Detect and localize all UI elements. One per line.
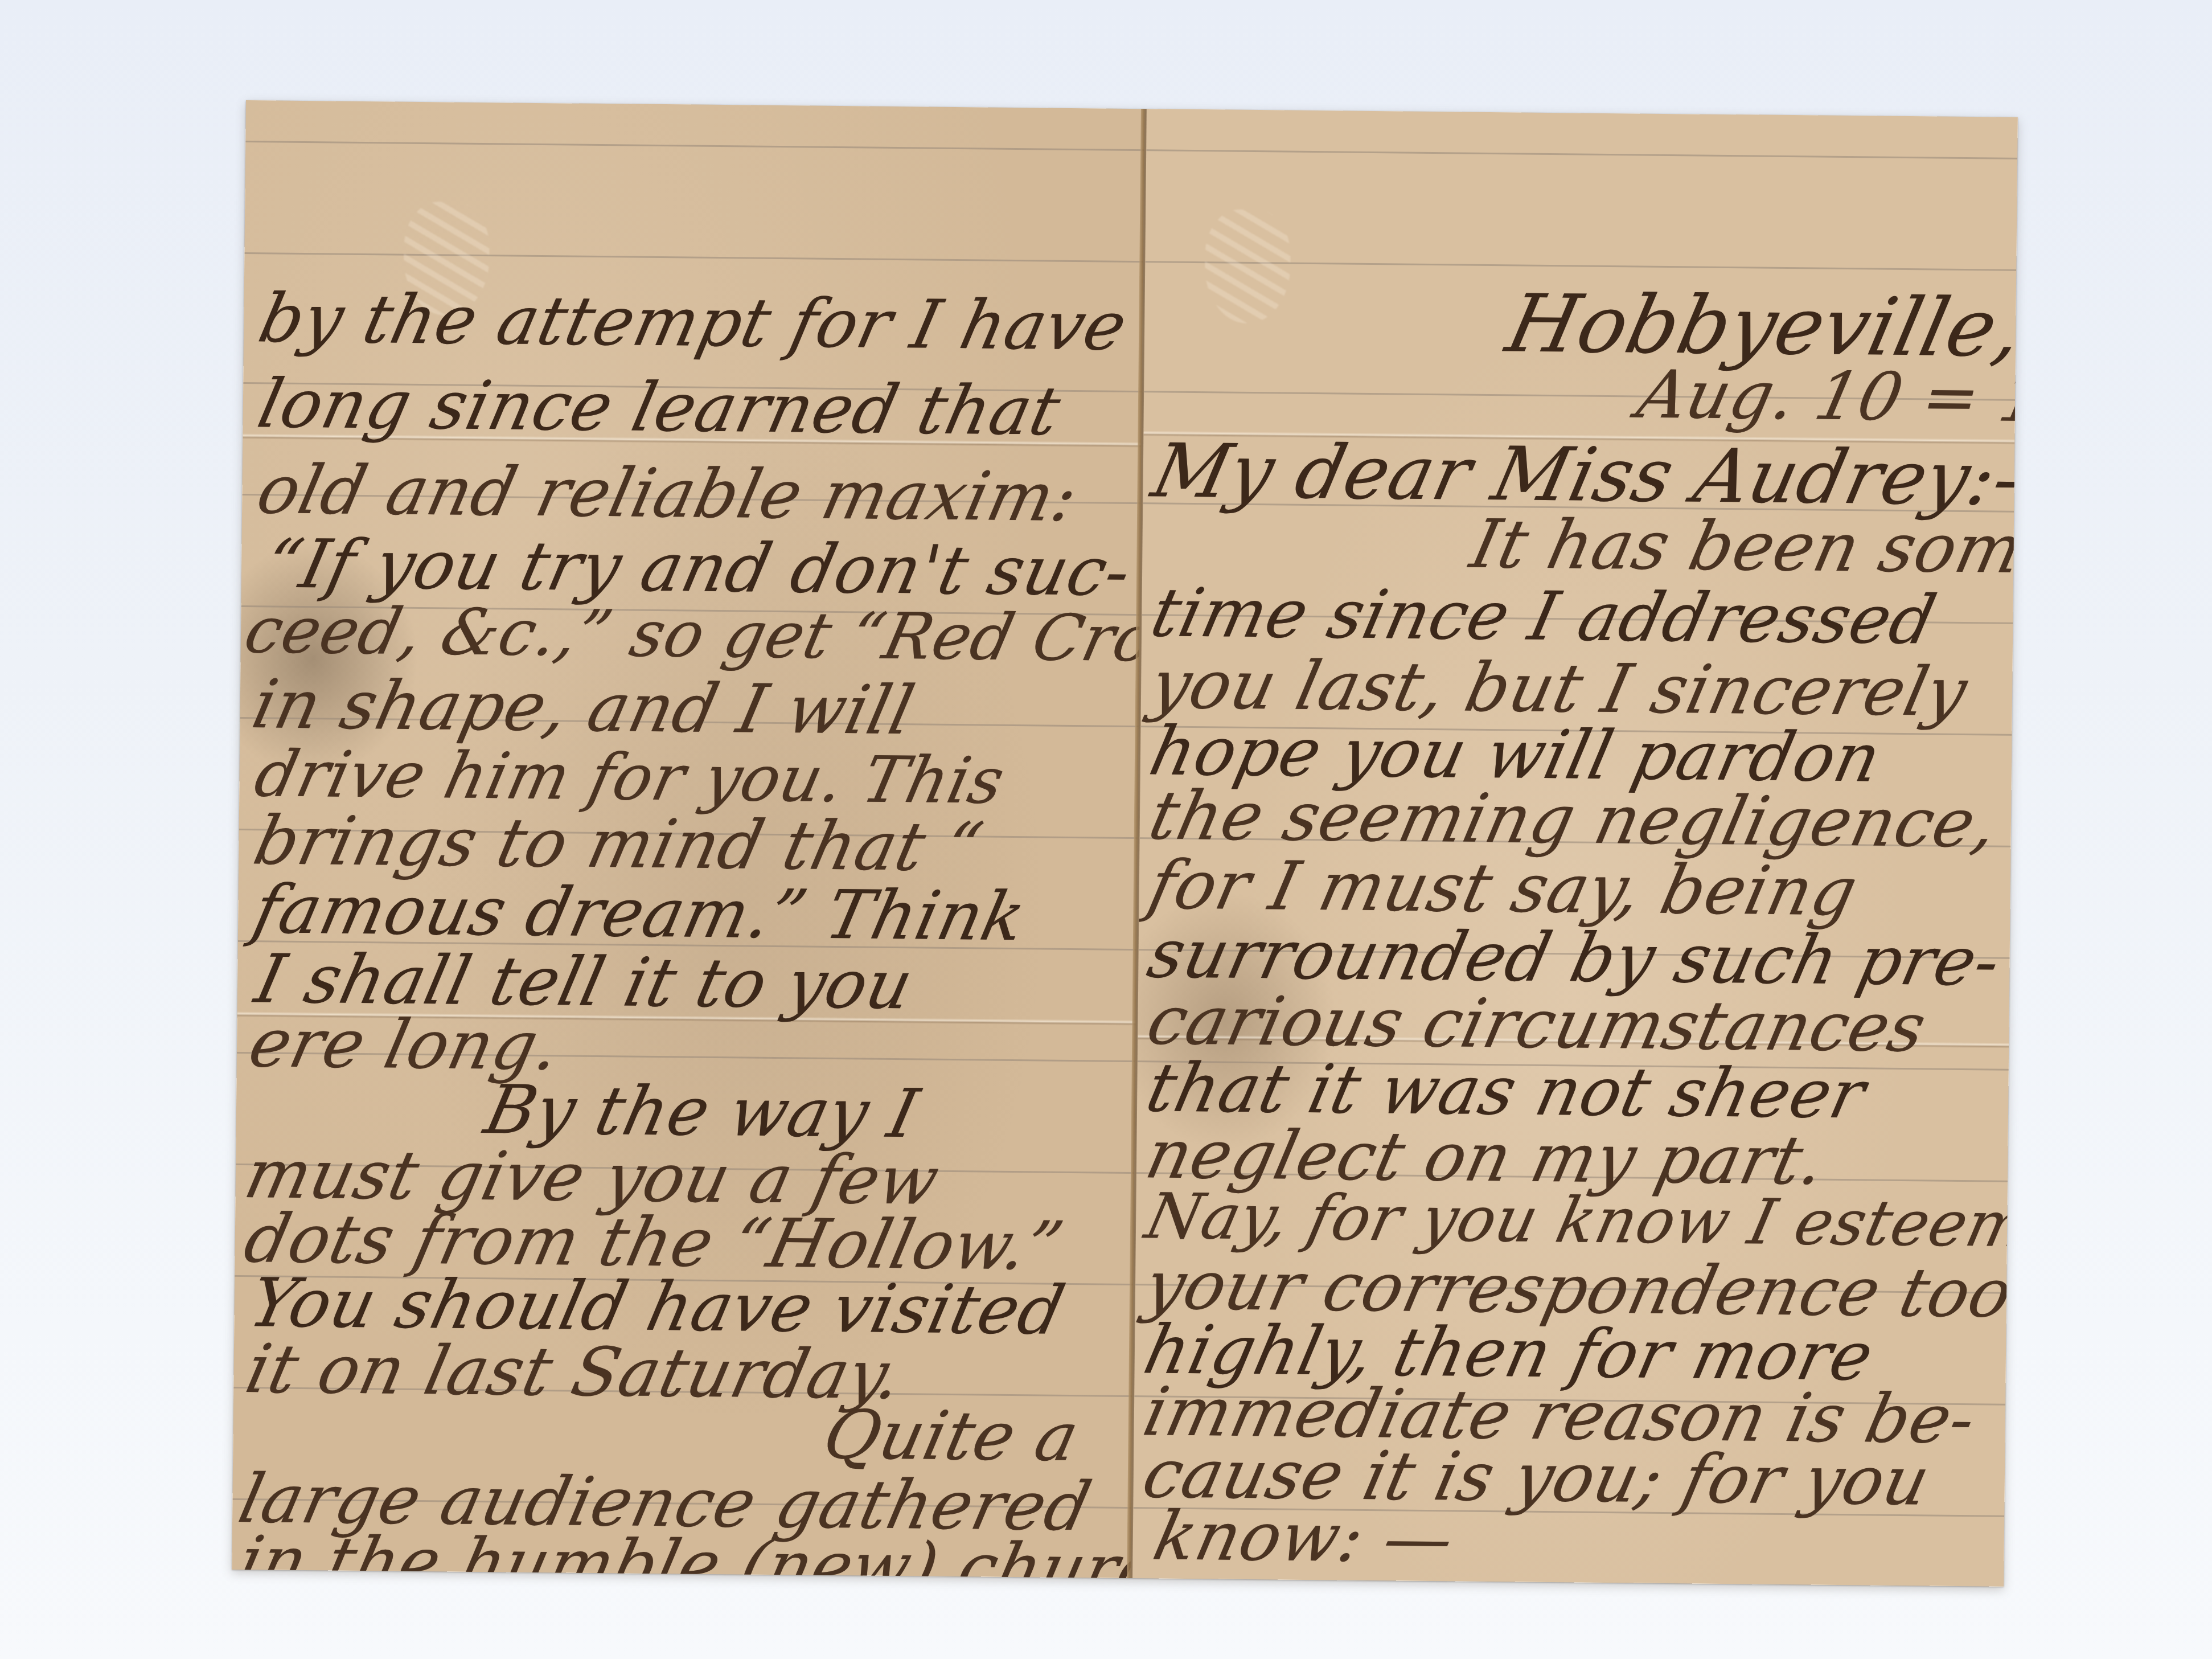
letter-line: it on last Saturday. xyxy=(241,1335,908,1408)
letter-line: long since learned that xyxy=(253,370,1066,445)
letter-line: by the attempt for I have xyxy=(253,284,1133,359)
letter-line: time since I addressed xyxy=(1146,579,1942,654)
right-page: Hobbyeville, S.C. Aug. 10 = 1894. My dea… xyxy=(1132,109,2018,1587)
photo-scene: by the attempt for I have long since lea… xyxy=(0,0,2212,1659)
letter-line: ceed, &c.,” so get “Red Cross” xyxy=(240,599,1144,673)
right-page-text: Hobbyeville, S.C. Aug. 10 = 1894. My dea… xyxy=(1132,109,2018,1587)
letter-line: “If you try and don't suc- xyxy=(260,530,1137,605)
letter-line: brings to mind that “ xyxy=(248,806,988,880)
letter-line: know: — xyxy=(1148,1502,1460,1572)
letter-date: Aug. 10 = 1894. xyxy=(1632,362,2018,433)
letter-line: in shape, and I will xyxy=(247,670,920,744)
letter-line: old and reliable maxim: xyxy=(252,456,1084,531)
letter-line: Nay, for you know I esteem xyxy=(1140,1185,2018,1256)
letter-line: ere long. xyxy=(244,1009,567,1079)
letter-line: in the humble (new) church xyxy=(233,1527,1144,1578)
letter-line: the seeming negligence, xyxy=(1144,782,2004,857)
letter-line: for I must say, being xyxy=(1143,851,1864,925)
left-page-text: by the attempt for I have long since lea… xyxy=(232,100,1144,1578)
letter-line: Quite a xyxy=(818,1401,1085,1470)
letter-salutation: My dear Miss Audrey:- xyxy=(1146,433,2017,515)
left-page: by the attempt for I have long since lea… xyxy=(232,100,1144,1578)
letter-line: By the way I xyxy=(479,1076,925,1147)
letter-sheet: by the attempt for I have long since lea… xyxy=(232,100,2018,1587)
letter-line: It has been some xyxy=(1466,510,2018,583)
letter-line: famous dream.” Think xyxy=(248,876,1031,951)
